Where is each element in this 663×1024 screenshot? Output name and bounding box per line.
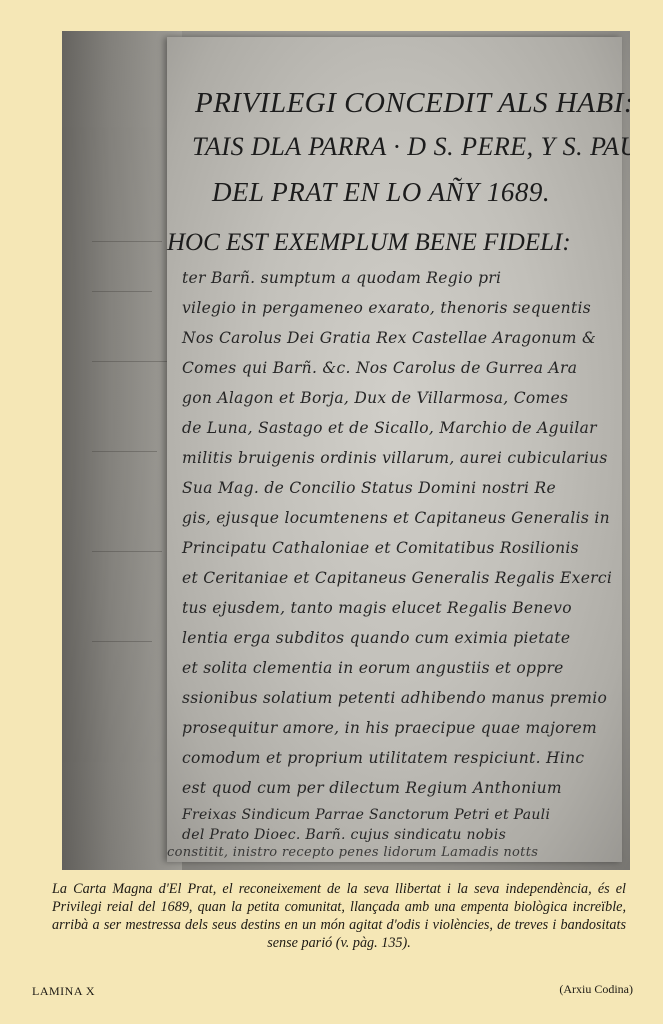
manuscript-line: militis bruigenis ordinis villarum, aure… [182,449,608,467]
manuscript-photo-plate: PRIVILEGI CONCEDIT ALS HABI: TAIS DLA PA… [62,31,630,870]
faint-text-line [92,361,167,362]
manuscript-line: constitit, inistro recepto penes lidorum… [167,845,538,860]
faint-text-line [92,241,162,242]
faint-text-line [92,641,152,642]
manuscript-sheet: PRIVILEGI CONCEDIT ALS HABI: TAIS DLA PA… [167,37,622,862]
plate-label: LAMINA X [32,984,95,999]
plate-caption: La Carta Magna d'El Prat, el reconeixeme… [52,880,626,952]
manuscript-line: Comes qui Barñ. &c. Nos Carolus de Gurre… [182,359,577,377]
manuscript-line: ter Barñ. sumptum a quodam Regio pri [182,269,501,287]
manuscript-line: comodum et proprium utilitatem respiciun… [182,749,584,767]
manuscript-line: tus ejusdem, tanto magis elucet Regalis … [182,599,572,617]
manuscript-title-line-2: TAIS DLA PARRA · D S. PERE, Y S. PAU [192,132,630,162]
left-page-shadow [62,31,182,870]
manuscript-line: ssionibus solatium petenti adhibendo man… [182,689,607,707]
archive-credit: (Arxiu Codina) [559,982,633,997]
manuscript-line: et Ceritaniae et Capitaneus Generalis Re… [182,569,612,587]
manuscript-title-line-3: DEL PRAT EN LO AÑY 1689. [212,177,550,208]
manuscript-line: prosequitur amore, in his praecipue quae… [182,719,597,737]
manuscript-line: vilegio in pergameneo exarato, thenoris … [182,299,591,317]
manuscript-line: de Luna, Sastago et de Sicallo, Marchio … [182,419,597,437]
manuscript-title-line-1: PRIVILEGI CONCEDIT ALS HABI: [195,87,630,120]
manuscript-line: Freixas Sindicum Parrae Sanctorum Petri … [182,807,550,823]
faint-text-line [92,451,157,452]
manuscript-line: del Prato Dioec. Barñ. cujus sindicatu n… [182,827,506,843]
manuscript-line: gis, ejusque locumtenens et Capitaneus G… [182,509,610,527]
faint-text-line [92,291,152,292]
manuscript-line: Sua Mag. de Concilio Status Domini nostr… [182,479,556,497]
manuscript-line: Principatu Cathaloniae et Comitatibus Ro… [182,539,579,557]
manuscript-heading: HOC EST EXEMPLUM BENE FIDELI: [167,229,571,257]
manuscript-line: lentia erga subditos quando cum eximia p… [182,629,570,647]
book-page: PRIVILEGI CONCEDIT ALS HABI: TAIS DLA PA… [0,0,663,1024]
manuscript-line: Nos Carolus Dei Gratia Rex Castellae Ara… [182,329,596,347]
manuscript-line: et solita clementia in eorum angustiis e… [182,659,564,677]
faint-text-line [92,551,162,552]
manuscript-line: gon Alagon et Borja, Dux de Villarmosa, … [182,389,568,407]
manuscript-line: est quod cum per dilectum Regium Anthoni… [182,779,562,797]
